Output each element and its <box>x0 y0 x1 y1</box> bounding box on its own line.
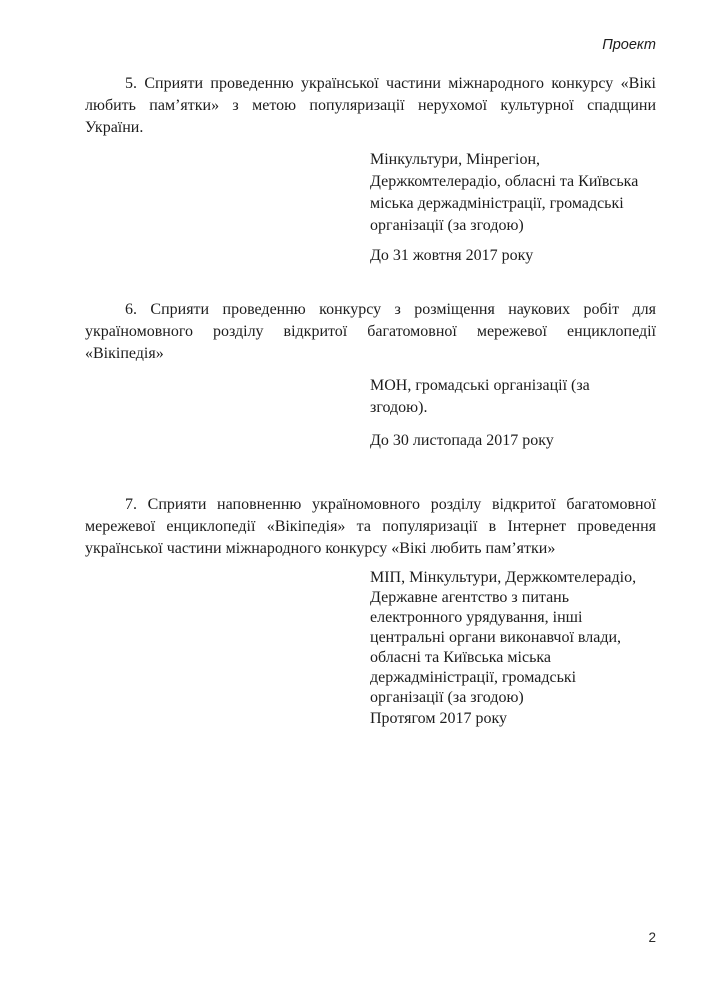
text-line: МІП, Мінкультури, Держкомтелерадіо, <box>370 568 656 588</box>
text-line: 5. Сприяти проведенню української частин… <box>85 73 656 95</box>
document-page: Проект 5. Сприяти проведенню української… <box>0 0 701 991</box>
text-line: згодою). <box>370 397 656 419</box>
doc-type-label: Проект <box>85 36 656 54</box>
page-content: Проект 5. Сприяти проведенню української… <box>0 0 701 730</box>
paragraph-item-7: 7. Сприяти наповненню україномовного роз… <box>85 494 656 560</box>
text-line: Мінкультури, Мінрегіон, <box>370 149 656 171</box>
text-line: україномовного розділу відкритої багатом… <box>85 321 656 343</box>
text-line: 6. Сприяти проведенню конкурсу з розміще… <box>85 299 656 321</box>
responsible-block-5: Мінкультури, Мінрегіон, Держкомтелерадіо… <box>370 149 656 237</box>
paragraph-item-5: 5. Сприяти проведенню української частин… <box>85 73 656 139</box>
text-line: України. <box>85 117 656 139</box>
text-line: Держкомтелерадіо, обласні та Київська <box>370 171 656 193</box>
deadline-5: До 31 жовтня 2017 року <box>370 245 656 267</box>
text-line: організації (за згодою) <box>370 688 656 708</box>
text-line: «Вікіпедія» <box>85 343 656 365</box>
text-line: любить пам’ятки» з метою популяризації н… <box>85 95 656 117</box>
page-number: 2 <box>648 929 656 947</box>
text-line: Державне агентство з питань <box>370 588 656 608</box>
responsible-block-6: МОН, громадські організації (за згодою). <box>370 375 656 419</box>
text-line: держадміністрації, громадські <box>370 668 656 688</box>
deadline-7: Протягом 2017 року <box>370 708 656 730</box>
text-line: обласні та Київська міська <box>370 648 656 668</box>
text-line: мережевої енциклопедії «Вікіпедія» та по… <box>85 516 656 538</box>
text-line: української частини міжнародного конкурс… <box>85 538 656 560</box>
text-line: центральні органи виконавчої влади, <box>370 628 656 648</box>
text-line: організації (за згодою) <box>370 215 656 237</box>
deadline-6: До 30 листопада 2017 року <box>370 430 656 452</box>
text-line: МОН, громадські організації (за <box>370 375 656 397</box>
text-line: міська держадміністрації, громадські <box>370 193 656 215</box>
text-line: 7. Сприяти наповненню україномовного роз… <box>85 494 656 516</box>
paragraph-item-6: 6. Сприяти проведенню конкурсу з розміще… <box>85 299 656 365</box>
responsible-block-7: МІП, Мінкультури, Держкомтелерадіо, Держ… <box>370 568 656 708</box>
text-line: електронного урядування, інші <box>370 608 656 628</box>
